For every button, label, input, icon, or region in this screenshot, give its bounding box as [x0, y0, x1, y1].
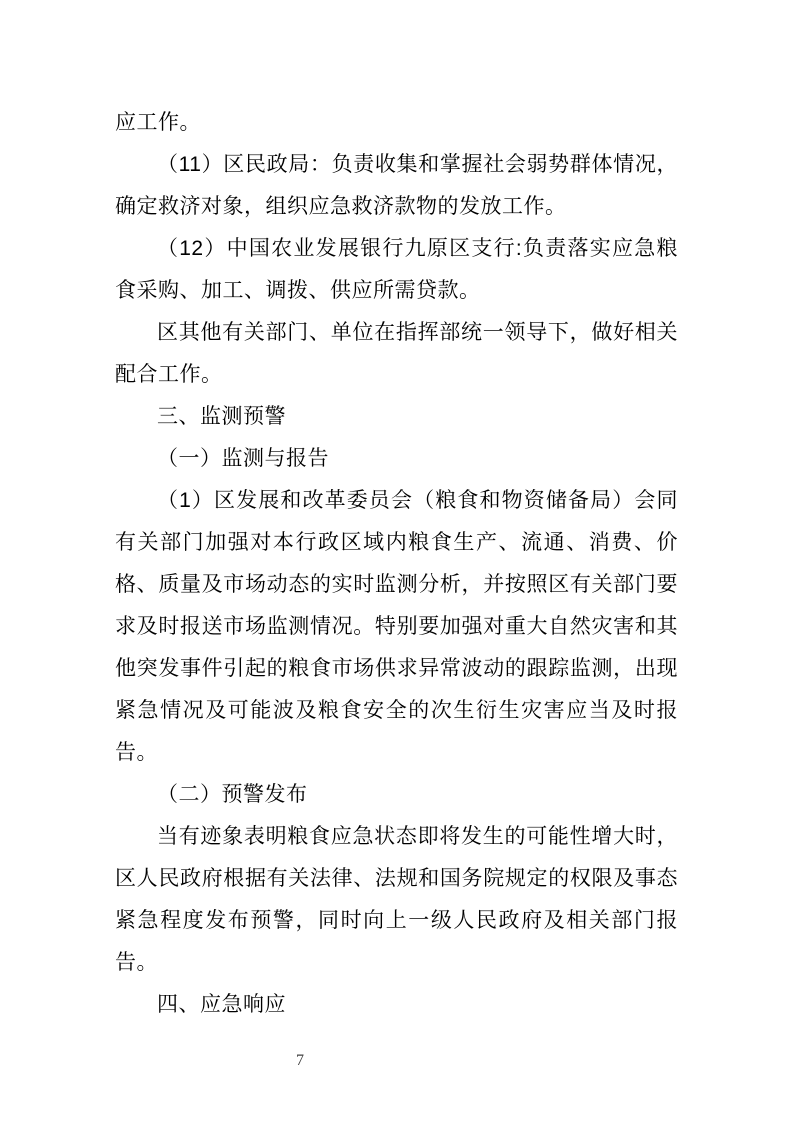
paragraph: 应工作。: [115, 102, 678, 144]
page-number: 7: [296, 1052, 304, 1070]
paragraph: 当有迹象表明粮食应急状态即将发生的可能性增大时，区人民政府根据有关法律、法规和国…: [115, 816, 678, 984]
section-heading: （一）监测与报告: [115, 438, 678, 480]
paragraph: 区其他有关部门、单位在指挥部统一领导下，做好相关配合工作。: [115, 312, 678, 396]
section-heading: 四、应急响应: [115, 984, 678, 1026]
paragraph: （1）区发展和改革委员会（粮食和物资储备局）会同有关部门加强对本行政区域内粮食生…: [115, 480, 678, 774]
paragraph: （12）中国农业发展银行九原区支行:负责落实应急粮食采购、加工、调拨、供应所需贷…: [115, 228, 678, 312]
paragraph: （11）区民政局：负责收集和掌握社会弱势群体情况，确定救济对象，组织应急救济款物…: [115, 144, 678, 228]
document-page: 应工作。（11）区民政局：负责收集和掌握社会弱势群体情况，确定救济对象，组织应急…: [0, 0, 793, 1122]
section-heading: 三、监测预警: [115, 396, 678, 438]
document-body: 应工作。（11）区民政局：负责收集和掌握社会弱势群体情况，确定救济对象，组织应急…: [115, 102, 678, 1026]
section-heading: （二）预警发布: [115, 774, 678, 816]
